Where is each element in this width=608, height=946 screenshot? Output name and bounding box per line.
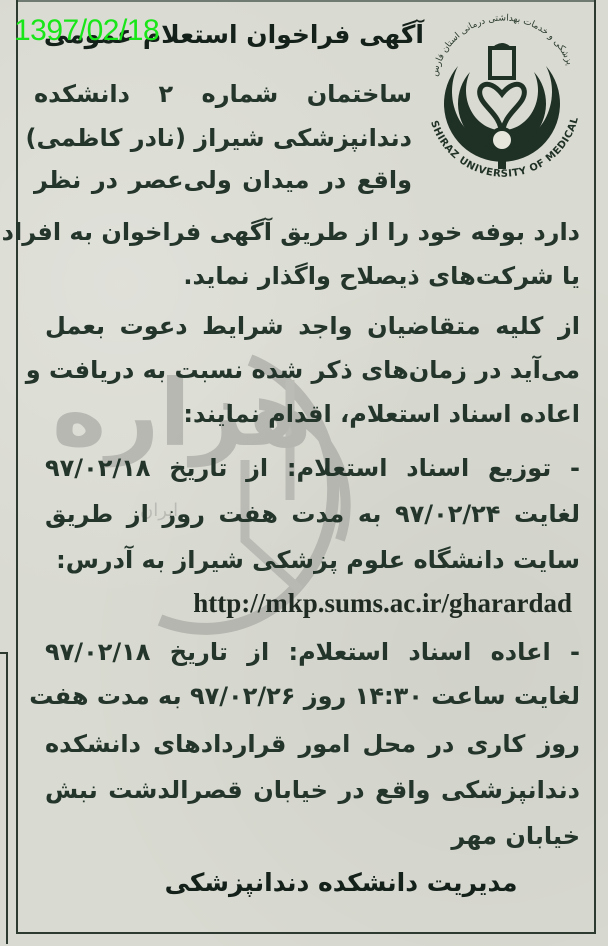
notice-line: دندانپزشکی شیراز (نادر کاظمی): [34, 124, 412, 152]
adjacent-column-border: [0, 652, 8, 944]
notice-line: واقع در میدان ولی‌عصر در نظر: [34, 166, 412, 194]
sums-emblem-icon: دانشگاه علوم پزشکی و خدمات بهداشتی درمان…: [418, 6, 586, 196]
notice-line: اعاده اسناد استعلام، اقدام نمایند:: [183, 400, 580, 428]
notice-signature: مدیریت دانشکده دندانپزشکی: [30, 868, 592, 897]
notice-line: از کلیه متقاضیان واجد شرایط دعوت بعمل: [45, 312, 580, 340]
notice-line: دندانپزشکی واقع در خیابان قصرالدشت نبش: [45, 776, 580, 804]
notice-line: یا شرکت‌های ذیصلاح واگذار نماید.: [183, 262, 580, 290]
notice-line: روز کاری در محل امور قراردادهای دانشکده: [45, 730, 580, 758]
notice-line: خیابان مهر: [451, 822, 580, 850]
document-url-link[interactable]: http://mkp.sums.ac.ir/gharardad: [193, 588, 572, 619]
notice-line: لغایت ساعت ۱۴:۳۰ روز ۹۷/۰۲/۲۶ به مدت هفت: [45, 682, 580, 710]
notice-line: دارد بوفه خود را از طریق آگهی فراخوان به…: [45, 218, 580, 246]
notice-line: لغایت ۹۷/۰۲/۲۴ به مدت هفت روز از طریق: [45, 500, 580, 528]
notice-line: - توزیع اسناد استعلام: از تاریخ ۹۷/۰۲/۱۸: [45, 454, 580, 482]
notice-line: سایت دانشگاه علوم پزشکی شیراز به آدرس:: [56, 546, 580, 574]
svg-text:دانشگاه علوم پزشکی و خدمات بهد: دانشگاه علوم پزشکی و خدمات بهداشتی درمان…: [418, 6, 575, 77]
university-logo: دانشگاه علوم پزشکی و خدمات بهداشتی درمان…: [418, 6, 586, 196]
date-stamp: 1397/02/18: [14, 14, 159, 48]
notice-line: ساختمان شماره ۲ دانشکده: [34, 80, 412, 108]
notice-line: می‌آید در زمان‌های ذکر شده نسبت به دریاف…: [45, 356, 580, 384]
notice-line: - اعاده اسناد استعلام: از تاریخ ۹۷/۰۲/۱۸: [45, 638, 580, 666]
